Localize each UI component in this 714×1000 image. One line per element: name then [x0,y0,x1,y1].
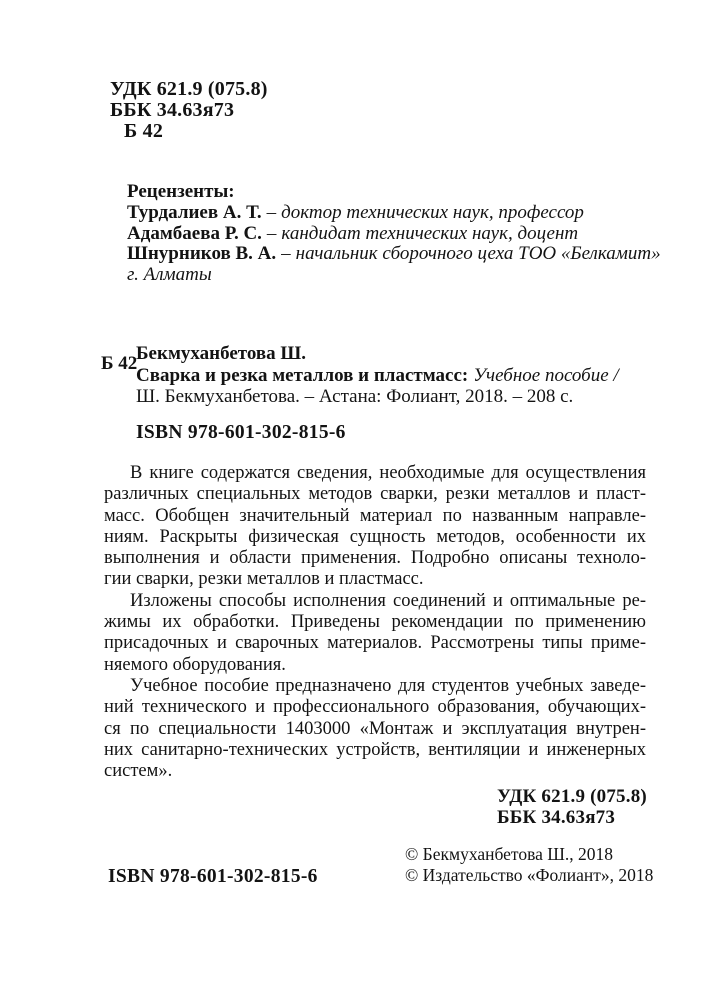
paragraph: Учебное пособие предназначено для студен… [104,676,646,782]
catalog-margin-code: Б 42 [101,353,137,375]
paragraph-line: выполнения и области применения. Подробн… [104,548,646,569]
copyright-line: © Издательство «Фолиант», 2018 [405,865,653,886]
dash-separator: – [267,223,277,244]
reviewer-line: Адамбаева Р. С.–кандидат технических нау… [127,224,672,245]
annotation: В книге содержатся сведения, необходимые… [104,463,646,782]
top-bibliographic-codes: УДК 621.9 (075.8) ББК 34.63я73 Б 42 [110,79,268,142]
reviewers-heading: Рецензенты: [127,182,672,203]
catalog-author: Бекмуханбетова Ш. [136,343,651,365]
reviewer-name: Турдалиев А. Т. [127,202,262,223]
reviewer-name: Шнурников В. А. [127,243,276,264]
catalog-title-line: Сварка и резка металлов и пластмасс:Учеб… [136,365,651,387]
paragraph: Изложены способы исполнения соединений и… [104,591,646,676]
paragraph-line: ся по специальности 1403000 «Монтаж и эк… [104,719,646,740]
author-sign-code: Б 42 [124,121,268,142]
catalog-imprint: Ш. Бекмуханбетова. – Астана: Фолиант, 20… [136,386,651,408]
catalog-entry: Бекмуханбетова Ш. Сварка и резка металло… [136,343,651,408]
udk-code-bottom: УДК 621.9 (075.8) [497,786,647,807]
paragraph-line: систем». [104,761,646,782]
paragraph-line: ниям. Раскрыты физическая сущность метод… [104,527,646,548]
reviewer-line: Турдалиев А. Т.–доктор технических наук,… [127,203,672,224]
paragraph-line: гии сварки, резки металлов и пластмасс. [104,569,646,590]
reviewers-section: Рецензенты: Турдалиев А. Т.–доктор техни… [127,182,672,286]
reviewer-role: доктор технических наук, профессор [281,202,584,223]
bbk-code: ББК 34.63я73 [110,100,268,121]
dash-separator: – [267,202,277,223]
paragraph-line: различных специальных методов сварки, ре… [104,484,646,505]
reviewer-line: Шнурников В. А.–начальник сборочного цех… [127,244,672,286]
reviewers-list: Турдалиев А. Т.–доктор технических наук,… [127,203,672,286]
isbn-number: ISBN 978-601-302-815-6 [136,422,346,444]
bbk-code-bottom: ББК 34.63я73 [497,807,647,828]
book-title: Сварка и резка металлов и пластмасс: [136,365,468,386]
paragraph-line: них санитарно-технических устройств, вен… [104,740,646,761]
udk-code: УДК 621.9 (075.8) [110,79,268,100]
paragraph-line: ний технического и профессионального обр… [104,697,646,718]
copyright-line: © Бекмуханбетова Ш., 2018 [405,844,653,865]
isbn-number-bottom: ISBN 978-601-302-815-6 [108,866,318,888]
paragraph-line: присадочных и сварочных материалов. Расс… [104,633,646,654]
paragraph-line: Учебное пособие предназначено для студен… [104,676,646,697]
copyright-section: © Бекмуханбетова Ш., 2018© Издательство … [405,844,653,885]
bottom-bibliographic-codes: УДК 621.9 (075.8) ББК 34.63я73 [497,786,647,828]
paragraph: В книге содержатся сведения, необходимые… [104,463,646,591]
reviewer-role: кандидат технических наук, доцент [281,223,578,244]
reviewer-name: Адамбаева Р. С. [127,223,262,244]
book-subtitle: Учебное пособие / [473,365,618,386]
paragraph-line: масс. Обобщен значительный материал по н… [104,506,646,527]
dash-separator: – [281,243,291,264]
paragraph-line: Изложены способы исполнения соединений и… [104,591,646,612]
paragraph-line: В книге содержатся сведения, необходимые… [104,463,646,484]
paragraph-line: жимы их обработки. Приведены рекомендаци… [104,612,646,633]
paragraph-line: няемого оборудования. [104,655,646,676]
